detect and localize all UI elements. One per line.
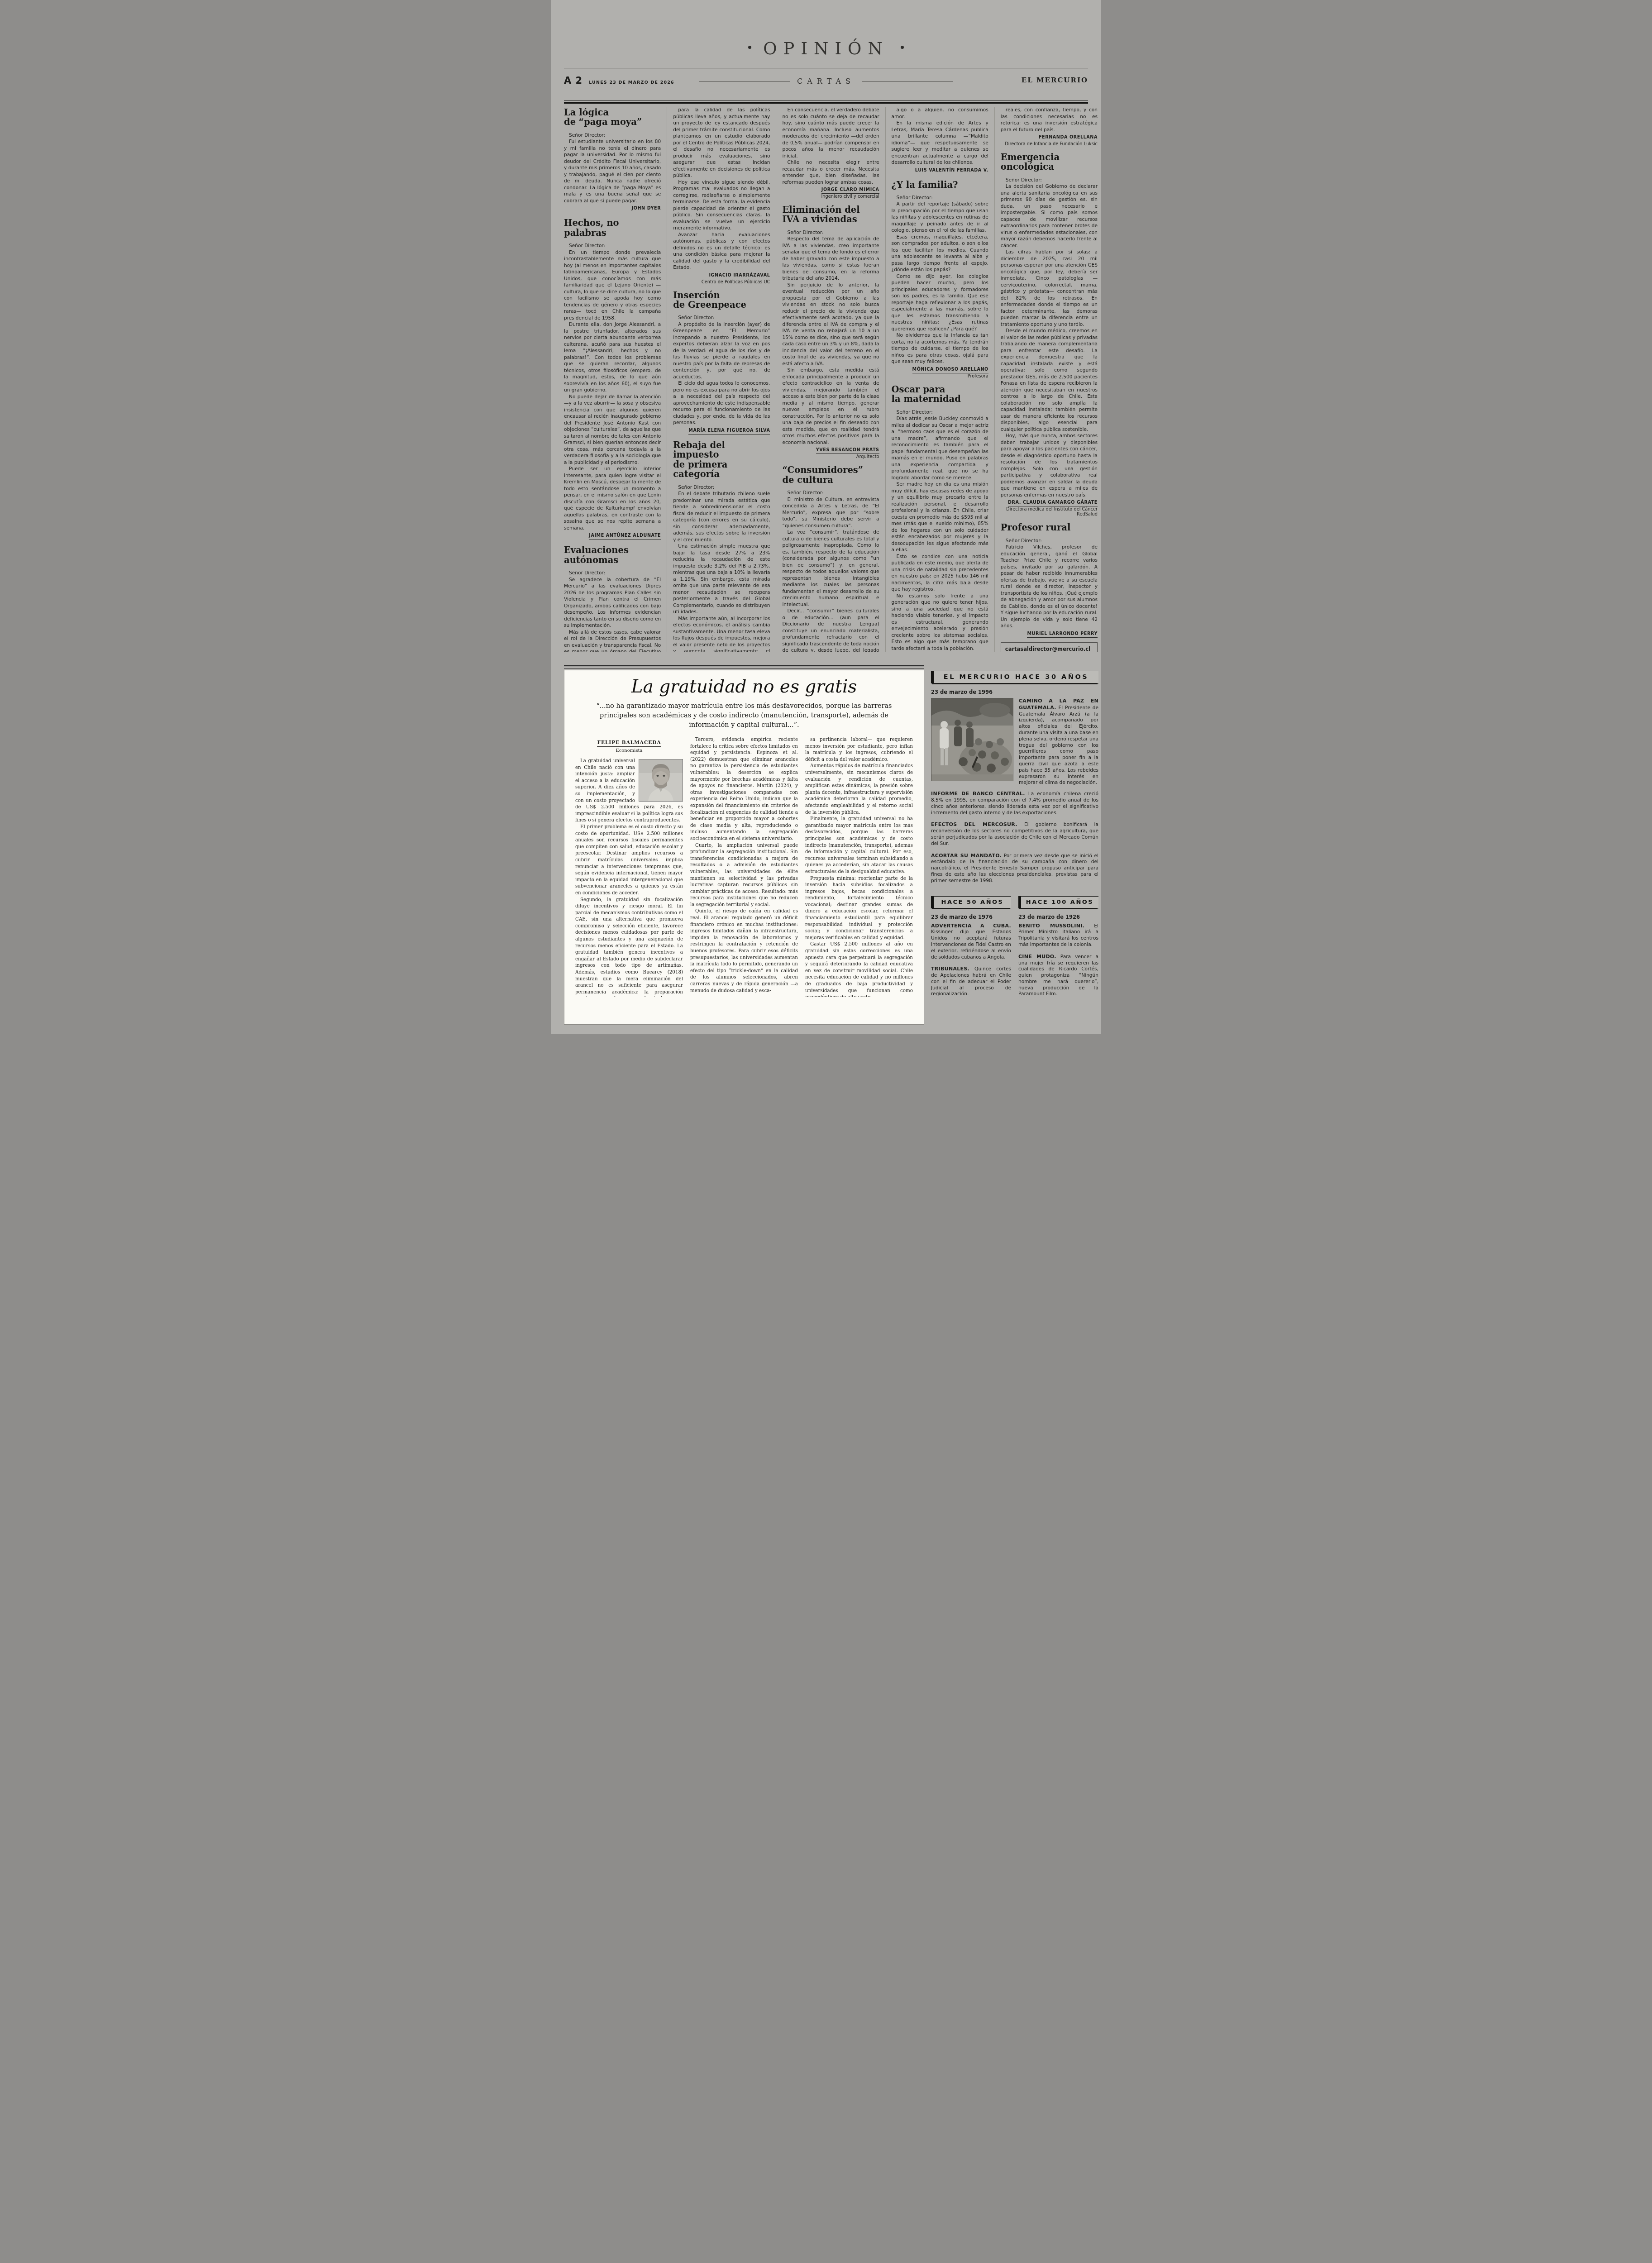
- hace30-photo-row: CAMINO A LA PAZ EN GUATEMALA. El Preside…: [931, 698, 1098, 786]
- letter-title: Emergenciaoncológica: [1001, 153, 1098, 172]
- letter-title: Eliminación delIVA a viviendas: [782, 205, 879, 224]
- hace50-bar: HACE 50 AÑOS: [931, 896, 1011, 908]
- edition-date: LUNES 23 DE MARZO DE 2026: [589, 80, 674, 85]
- letter-salutation: Señor Director:: [1001, 177, 1098, 184]
- letter-title: ¿Y la familia?: [892, 180, 988, 190]
- history-item: TRIBUNALES. Quince cortes de Apelaciones…: [931, 966, 1011, 998]
- letter-paragraph: Esas cremas, maquillajes, etcétera, son …: [892, 234, 988, 273]
- letter-paragraph: Decir... “consumir” bienes culturales o …: [782, 608, 879, 652]
- letter-salutation: Señor Director:: [892, 195, 988, 201]
- letter: Profesor ruralSeñor Director:Patricio Vi…: [1001, 523, 1098, 637]
- letter-paragraph: A propósito de la inserción (ayer) de Gr…: [673, 321, 770, 381]
- feature-paragraph: Propuesta mínima: reorientar parte de la…: [805, 875, 913, 941]
- letter-signature: IGNACIO IRARRÁZAVAL: [709, 273, 770, 279]
- letter-continuation: para la calidad de las políticas pública…: [673, 107, 770, 285]
- feature-paragraph: El primer problema es el costo directo y…: [575, 824, 683, 897]
- letters-column-1: La lógicade “paga moya”Señor Director:Fu…: [564, 107, 667, 652]
- letter-paragraph: para la calidad de las políticas pública…: [673, 107, 770, 179]
- letter: Hechos, no palabrasSeñor Director:En un …: [564, 218, 661, 539]
- letter-paragraph: algo o a alguien, no consumimos amor.: [892, 107, 988, 120]
- letter-paragraph: En la misma edición de Artes y Letras, M…: [892, 120, 988, 166]
- letter-paragraph: Una estimación simple muestra que bajar …: [673, 543, 770, 616]
- feature-body: FELIPE BALMACEDAEconomistaLa gratuidad u…: [575, 736, 913, 997]
- letter: Oscar parala maternidadSeñor Director:Dí…: [892, 385, 988, 652]
- letter-paragraph: La voz “consumir”, tratándose de cultura…: [782, 529, 879, 608]
- letter-continuation: algo o a alguien, no consumimos amor.En …: [892, 107, 988, 174]
- letter: EvaluacionesautónomasSeñor Director:Se a…: [564, 545, 661, 652]
- letter-salutation: Señor Director:: [1001, 538, 1098, 544]
- letter-signature: JORGE CLARO MIMICA: [821, 187, 879, 194]
- letter-paragraph: Ser madre hoy en día es una misión muy d…: [892, 481, 988, 554]
- feature-top-rule: [564, 665, 924, 668]
- section-title: OPINIÓN: [763, 39, 889, 58]
- letter-continuation: En consecuencia, el verdadero debate no …: [782, 107, 879, 199]
- history-item: EFECTOS DEL MERCOSUR. El gobierno bonifi…: [931, 821, 1098, 847]
- letter-signature-role: Directora médica del Instituto del Cánce…: [1001, 507, 1098, 517]
- hace100-column: HACE 100 AÑOS 23 de marzo de 1926 BENITO…: [1018, 896, 1098, 1003]
- hace50-column: HACE 50 AÑOS 23 de marzo de 1976 ADVERTE…: [931, 896, 1011, 1003]
- hace50-date: 23 de marzo de 1976: [931, 914, 1011, 920]
- feature-author-name: FELIPE BALMACEDA: [597, 740, 661, 747]
- letter-paragraph: No olvidemos que la infancia es tan cort…: [892, 332, 988, 365]
- letters-column-5: reales, con confianza, tiempo, y con las…: [995, 107, 1098, 652]
- letter-signature: DRA. CLAUDIA GAMARGO GÁRATE: [1008, 500, 1098, 506]
- letter-paragraph: Hoy, más que nunca, ambos sectores deben…: [1001, 433, 1098, 498]
- feature-paragraph: Tercero, evidencia empírica reciente for…: [690, 736, 798, 842]
- letter-title: Hechos, no palabras: [564, 218, 661, 238]
- author-portrait-photo: [639, 759, 683, 802]
- feature-author-block: FELIPE BALMACEDAEconomista: [575, 737, 683, 753]
- letter-signature: LUIS VALENTÍN FERRADA V.: [915, 168, 988, 174]
- letter: EmergenciaoncológicaSeñor Director:La de…: [1001, 153, 1098, 517]
- feature-article: La gratuidad no es gratis “...no ha gara…: [564, 670, 924, 1025]
- feature-column-2: Tercero, evidencia empírica reciente for…: [690, 736, 798, 997]
- letter-signature: MÓNICA DONOSO ARELLANO: [912, 367, 988, 373]
- history-section: EL MERCURIO HACE 30 AÑOS 23 de marzo de …: [931, 671, 1098, 1003]
- letter: Eliminación delIVA a viviendasSeñor Dire…: [782, 205, 879, 459]
- history-pair: HACE 50 AÑOS 23 de marzo de 1976 ADVERTE…: [931, 896, 1098, 1003]
- letters-section: La lógicade “paga moya”Señor Director:Fu…: [564, 107, 1098, 652]
- letter-signature-role: Arquitecto: [782, 454, 879, 459]
- letter-title: La lógicade “paga moya”: [564, 108, 661, 127]
- feature-column-3: sa pertinencia laboral— que requieren me…: [805, 736, 913, 997]
- letters-contact-box: cartasaldirector@mercurio.clUsted puede …: [1001, 642, 1098, 652]
- feature-pull-quote: “...no ha garantizado mayor matrícula en…: [580, 702, 908, 730]
- letter-paragraph: Fui estudiante universitario en los 80 y…: [564, 138, 661, 204]
- letter-paragraph: A partir del reportaje (sábado) sobre la…: [892, 201, 988, 234]
- feature-paragraph: sa pertinencia laboral— que requieren me…: [805, 736, 913, 763]
- guatemala-photo: [931, 698, 1013, 781]
- letter-paragraph: En consecuencia, el verdadero debate no …: [782, 107, 879, 159]
- letter: Rebaja del impuestode primera categoríaS…: [673, 440, 770, 652]
- letter-paragraph: Esto se condice con una noticia publicad…: [892, 554, 988, 593]
- letter-paragraph: No puede dejar de llamar la atención —y …: [564, 394, 661, 466]
- feature-paragraph: Gastar US$ 2.500 millones al año en grat…: [805, 941, 913, 997]
- letter-title: Rebaja del impuestode primera categoría: [673, 440, 770, 479]
- letter-signature: JOHN DYER: [632, 206, 661, 212]
- letter-signature: YVES BESANÇON PRATS: [816, 448, 879, 454]
- letter-paragraph: Más importante aún, al incorporar los ef…: [673, 616, 770, 652]
- letter: “Consumidores”de culturaSeñor Director:E…: [782, 465, 879, 652]
- letter-salutation: Señor Director:: [782, 490, 879, 497]
- letter-signature: JAIME ANTÚNEZ ALDUNATE: [589, 533, 661, 539]
- letter-paragraph: Las cifras hablan por sí solas: a diciem…: [1001, 249, 1098, 328]
- section-header: OPINIÓN: [551, 39, 1101, 58]
- letter-paragraph: No estamos solo frente a una generación …: [892, 593, 988, 652]
- letter-paragraph: Patricio Vilches, profesor de educación …: [1001, 544, 1098, 630]
- letter-paragraph: Sin embargo, esta medida está enfocada p…: [782, 367, 879, 446]
- letter-signature: MARÍA ELENA FIGUEROA SILVA: [688, 428, 770, 434]
- history-item: CAMINO A LA PAZ EN GUATEMALA. El Preside…: [1019, 698, 1098, 786]
- history-item: ADVERTENCIA A CUBA. Kissinger dijo que E…: [931, 923, 1011, 961]
- letter: ¿Y la familia?Señor Director:A partir de…: [892, 180, 988, 379]
- letter-paragraph: Es por eso que apoyar a quienes cuidan n…: [892, 652, 988, 652]
- letter: Inserciónde GreenpeaceSeñor Director:A p…: [673, 291, 770, 434]
- letter-signature-role: Ingeniero civil y comercial: [782, 194, 879, 199]
- letter-paragraph: Como se dijo ayer, los colegios pueden h…: [892, 273, 988, 333]
- letter-title: “Consumidores”de cultura: [782, 465, 879, 485]
- letter-salutation: Señor Director:: [673, 484, 770, 491]
- letter-paragraph: Días atrás Jessie Buckley conmovió a mil…: [892, 415, 988, 481]
- history-item: INFORME DE BANCO CENTRAL. La economía ch…: [931, 791, 1098, 816]
- history-item: ACORTAR SU MANDATO. Por primera vez desd…: [931, 853, 1098, 884]
- letter-paragraph: Desde el mundo médico, creemos en el val…: [1001, 328, 1098, 433]
- ornament-dot-left: [748, 46, 751, 49]
- feature-paragraph: Finalmente, la gratuidad universal no ha…: [805, 816, 913, 875]
- subsection-title: CARTAS: [797, 77, 855, 86]
- letter-paragraph: En el debate tributario chileno suele pr…: [673, 491, 770, 543]
- header-row: A 2LUNES 23 DE MARZO DE 2026 CARTAS EL M…: [564, 75, 1088, 91]
- letter-title: Evaluacionesautónomas: [564, 545, 661, 565]
- cartas-rule-left: [699, 81, 790, 81]
- letter-paragraph: Chile no necesita elegir entre recaudar …: [782, 159, 879, 186]
- letter: La lógicade “paga moya”Señor Director:Fu…: [564, 108, 661, 212]
- letter-salutation: Señor Director:: [564, 570, 661, 577]
- letter-salutation: Señor Director:: [564, 243, 661, 249]
- letter-title: Profesor rural: [1001, 523, 1098, 532]
- letter-paragraph: El ministro de Cultura, en entrevista co…: [782, 497, 879, 530]
- feature-paragraph: Segundo, la gratuidad sin focalización d…: [575, 897, 683, 998]
- letter-paragraph: Durante ella, don Jorge Alessandri, a la…: [564, 321, 661, 394]
- letter-signature: FERNANDA ORELLANA: [1039, 135, 1098, 141]
- letter-title: Inserciónde Greenpeace: [673, 291, 770, 310]
- letter-signature: MURIEL LARRONDO PERRY: [1027, 631, 1098, 638]
- letter-paragraph: Sin perjuicio de lo anterior, la eventua…: [782, 282, 879, 368]
- letter-salutation: Señor Director:: [782, 229, 879, 236]
- letter-paragraph: Respecto del tema de aplicación de IVA a…: [782, 236, 879, 282]
- feature-headline: La gratuidad no es gratis: [575, 677, 913, 697]
- hace30-bar: EL MERCURIO HACE 30 AÑOS: [931, 671, 1098, 683]
- letter-paragraph: Más allá de estos casos, cabe valorar el…: [564, 629, 661, 652]
- letter-paragraph: Puede ser un ejercicio interior interesa…: [564, 466, 661, 531]
- feature-paragraph: Cuarto, la ampliación universal puede pr…: [690, 842, 798, 908]
- letter-salutation: Señor Director:: [673, 315, 770, 321]
- feature-author-role: Economista: [575, 748, 683, 753]
- feature-paragraph: Aumentos rápidos de matrícula financiado…: [805, 763, 913, 816]
- header-rule-thin: [564, 68, 1088, 68]
- letter-signature-role: Profesora: [892, 374, 988, 379]
- letters-column-4: algo o a alguien, no consumimos amor.En …: [886, 107, 995, 652]
- letter-title: Oscar parala maternidad: [892, 385, 988, 404]
- letter-salutation: Señor Director:: [892, 409, 988, 416]
- masthead: EL MERCURIO: [1022, 76, 1088, 84]
- letter-paragraph: Avanzar hacia evaluaciones autónomas, pú…: [673, 232, 770, 271]
- subsection-banner: CARTAS: [699, 77, 953, 86]
- ornament-dot-right: [901, 46, 904, 49]
- hace30-date: 23 de marzo de 1996: [931, 689, 1098, 695]
- newspaper-page: OPINIÓN A 2LUNES 23 DE MARZO DE 2026 CAR…: [551, 0, 1101, 1034]
- hace100-date: 23 de marzo de 1926: [1018, 914, 1098, 920]
- hace100-bar: HACE 100 AÑOS: [1018, 896, 1098, 908]
- header-rule-thick: [564, 100, 1088, 104]
- letter-signature-role: Centro de Políticas Públicas UC: [673, 280, 770, 285]
- history-item: CINE MUDO. Para vencer a una mujer fría …: [1018, 954, 1098, 998]
- letter-paragraph: reales, con confianza, tiempo, y con las…: [1001, 107, 1098, 133]
- letter-salutation: Señor Director:: [564, 132, 661, 139]
- cartas-rule-right: [862, 81, 953, 81]
- contact-email[interactable]: cartasaldirector@mercurio.cl: [1005, 646, 1093, 652]
- letter-paragraph: En un tiempo donde prevalecía incontrast…: [564, 249, 661, 322]
- letter-paragraph: El ciclo del agua todos lo conocemos, pe…: [673, 380, 770, 426]
- letter-continuation: reales, con confianza, tiempo, y con las…: [1001, 107, 1098, 147]
- feature-paragraph: Quinto, el riesgo de caída en calidad es…: [690, 908, 798, 994]
- letters-column-2: para la calidad de las políticas pública…: [667, 107, 776, 652]
- letter-paragraph: La decisión del Gobierno de declarar una…: [1001, 183, 1098, 249]
- letter-paragraph: Hoy ese vínculo sigue siendo débil. Prog…: [673, 179, 770, 232]
- letters-column-3: En consecuencia, el verdadero debate no …: [776, 107, 885, 652]
- page-number: A 2: [564, 75, 582, 86]
- feature-column-1: FELIPE BALMACEDAEconomistaLa gratuidad u…: [575, 736, 683, 997]
- letter-signature-role: Directora de Infancia de Fundación Luksi…: [1001, 142, 1098, 147]
- history-item: BENITO MUSSOLINI. El Primer Ministro ita…: [1018, 923, 1098, 948]
- letter-paragraph: Se agradece la cobertura de “El Mercurio…: [564, 577, 661, 629]
